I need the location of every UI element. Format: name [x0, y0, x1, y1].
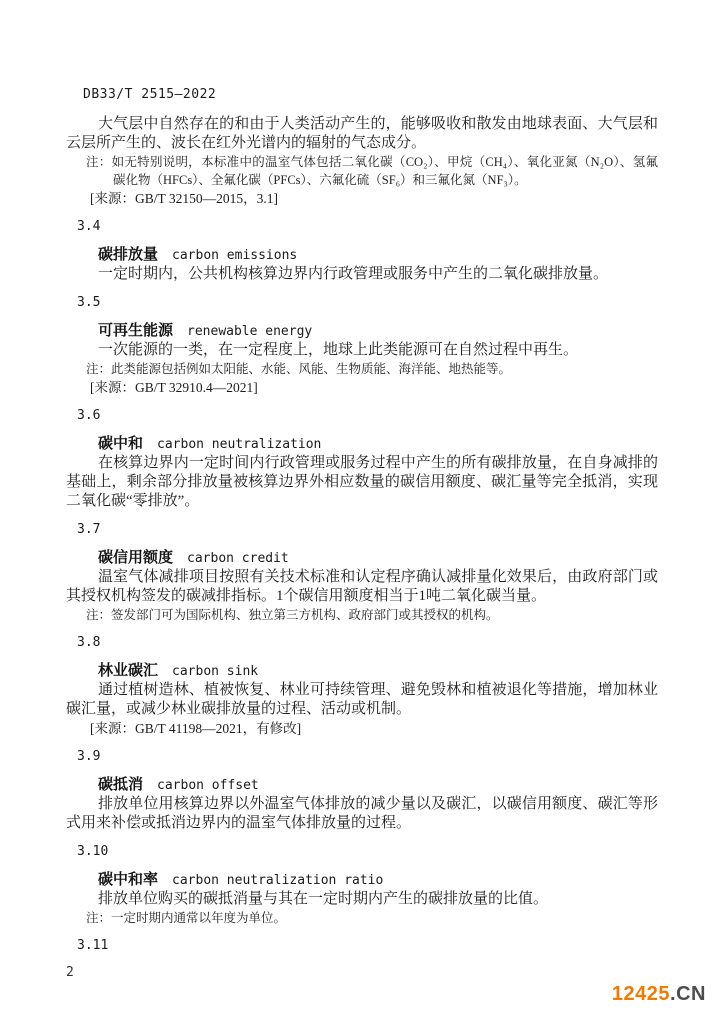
section-number: 3.11: [77, 939, 658, 953]
term-definition: 排放单位购买的碳抵消量与其在一定时期内产生的碳排放量的比值。: [66, 890, 658, 909]
term-heading: 碳信用额度carbon credit: [98, 548, 658, 568]
term-heading: 碳中和carbon neutralization: [98, 434, 658, 454]
section-number: 3.10: [77, 845, 658, 859]
term-en: carbon offset: [157, 778, 259, 793]
term-note: 注：此类能源包括例如太阳能、水能、风能、生物质能、海洋能、地热能等。: [86, 360, 658, 378]
term-section-3-5: 3.5 可再生能源renewable energy 一次能源的一类，在一定程度上…: [66, 296, 658, 397]
term-note: 注：一定时期内通常以年度为单位。: [86, 909, 658, 927]
term-section-3-6: 3.6 碳中和carbon neutralization 在核算边界内一定时间内…: [66, 409, 658, 511]
section-number: 3.6: [77, 409, 658, 423]
term-zh: 碳中和率: [98, 871, 158, 888]
section-number: 3.7: [77, 523, 658, 537]
term-source: [来源：GB/T 32910.4—2021]: [90, 378, 658, 397]
term-heading: 林业碳汇carbon sink: [98, 661, 658, 681]
term-zh: 可再生能源: [98, 322, 173, 339]
term-en: carbon neutralization ratio: [172, 873, 383, 888]
page-number: 2: [66, 964, 658, 981]
term-definition: 一次能源的一类，在一定程度上，地球上此类能源可在自然过程中再生。: [66, 341, 658, 360]
term-section-3-7: 3.7 碳信用额度carbon credit 温室气体减排项目按照有关技术标准和…: [66, 523, 658, 624]
term-zh: 碳信用额度: [98, 549, 173, 566]
term-definition: 通过植树造林、植被恢复、林业可持续管理、避免毁林和植被退化等措施，增加林业碳汇量…: [66, 681, 658, 719]
term-heading: 碳中和率carbon neutralization ratio: [98, 870, 658, 890]
term-note: 注：签发部门可为国际机构、独立第三方机构、政府部门或其授权的机构。: [86, 606, 658, 624]
term-section-3-9: 3.9 碳抵消carbon offset 排放单位用核算边界以外温室气体排放的减…: [66, 750, 658, 833]
intro-block: 大气层中自然存在的和由于人类活动产生的，能够吸收和散发由地球表面、大气层和云层所…: [66, 115, 658, 208]
term-section-3-10: 3.10 碳中和率carbon neutralization ratio 排放单…: [66, 845, 658, 927]
watermark-primary-text: 12425: [612, 983, 670, 1005]
term-en: renewable energy: [187, 324, 312, 339]
term-heading: 可再生能源renewable energy: [98, 321, 658, 341]
term-section-3-11: 3.11: [66, 939, 658, 953]
intro-source: [来源：GB/T 32150—2015，3.1]: [90, 189, 658, 208]
term-heading: 碳抵消carbon offset: [98, 775, 658, 795]
watermark-logo: 12425.CN: [612, 983, 706, 1006]
intro-definition: 大气层中自然存在的和由于人类活动产生的，能够吸收和散发由地球表面、大气层和云层所…: [66, 115, 658, 153]
term-zh: 碳抵消: [98, 776, 143, 793]
term-zh: 碳排放量: [98, 246, 158, 263]
section-number: 3.4: [77, 220, 658, 234]
document-page: DB33/T 2515—2022 大气层中自然存在的和由于人类活动产生的，能够吸…: [0, 0, 720, 1018]
term-zh: 林业碳汇: [98, 662, 158, 679]
term-definition: 温室气体减排项目按照有关技术标准和认定程序确认减排量化效果后，由政府部门或其授权…: [66, 568, 658, 606]
section-number: 3.9: [77, 750, 658, 764]
term-definition: 排放单位用核算边界以外温室气体排放的减少量以及碳汇，以碳信用额度、碳汇等形式用来…: [66, 795, 658, 833]
term-source: [来源：GB/T 41198—2021，有修改]: [90, 719, 658, 738]
term-en: carbon neutralization: [157, 437, 321, 452]
section-number: 3.8: [77, 636, 658, 650]
term-section-3-8: 3.8 林业碳汇carbon sink 通过植树造林、植被恢复、林业可持续管理、…: [66, 636, 658, 738]
term-definition: 一定时期内，公共机构核算边界内行政管理或服务中产生的二氧化碳排放量。: [66, 265, 658, 284]
document-header: DB33/T 2515—2022: [83, 88, 658, 102]
watermark-secondary-text: .CN: [670, 983, 706, 1005]
term-definition: 在核算边界内一定时间内行政管理或服务过程中产生的所有碳排放量，在自身减排的基础上…: [66, 454, 658, 511]
intro-note: 注：如无特别说明，本标准中的温室气体包括二氧化碳（CO₂）、甲烷（CH₄）、氧化…: [86, 153, 658, 189]
term-en: carbon sink: [172, 664, 258, 679]
term-section-3-4: 3.4 碳排放量carbon emissions 一定时期内，公共机构核算边界内…: [66, 220, 658, 284]
term-en: carbon emissions: [172, 248, 297, 263]
section-number: 3.5: [77, 296, 658, 310]
term-heading: 碳排放量carbon emissions: [98, 245, 658, 265]
term-zh: 碳中和: [98, 435, 143, 452]
term-en: carbon credit: [187, 551, 289, 566]
